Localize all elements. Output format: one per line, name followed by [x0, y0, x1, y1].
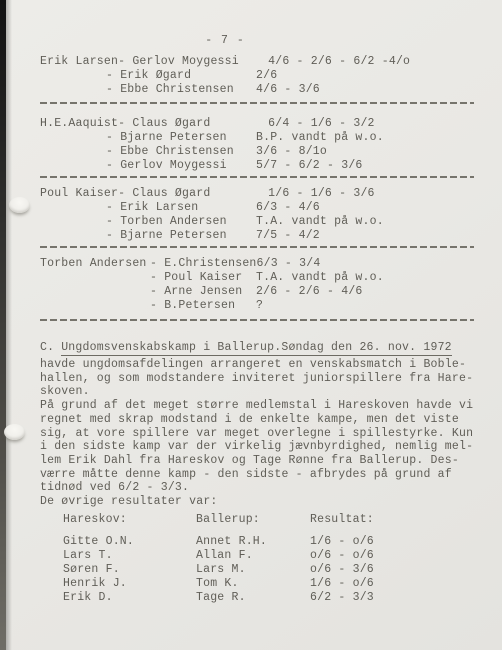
result-score: 1/6 - o/6: [310, 577, 474, 591]
column-header-resultat: Resultat:: [310, 513, 474, 527]
match-row: Poul Kaiser T.A. vandt på w.o.: [40, 271, 474, 285]
match-row: Bjarne Petersen B.P. vandt på w.o.: [40, 131, 474, 145]
match-row: Poul Kaiser Claus Øgard 1/6 - 1/6 - 3/6: [40, 187, 474, 201]
dashed-divider: [40, 176, 474, 178]
player-name-spacer: [40, 131, 106, 145]
section-heading: C.Ungdomsvenskabskamp i Ballerup.Søndag …: [40, 341, 474, 355]
match-row: Arne Jensen 2/6 - 2/6 - 4/6: [40, 285, 474, 299]
opponent-name: Arne Jensen: [150, 285, 256, 299]
opponent-name: Erik Øgard: [106, 69, 256, 83]
match-score: 2/6: [256, 69, 474, 83]
ballerup-player: Tage R.: [196, 591, 310, 605]
opponent-name: Bjarne Petersen: [106, 131, 256, 145]
opponent-name: Gerlov Moygessi: [106, 159, 256, 173]
match-row: B.Petersen ?: [40, 299, 474, 313]
table-row: Erik D. Tage R. 6/2 - 3/3: [63, 591, 474, 605]
results-table: Hareskov: Ballerup: Resultat: Gitte O.N.…: [40, 513, 474, 605]
match-row: Ebbe Christensen 4/6 - 3/6: [40, 83, 474, 97]
match-score: 6/4 - 1/6 - 3/2: [268, 117, 474, 131]
result-score: o/6 - 3/6: [310, 563, 474, 577]
match-row: H.E.Aaquist Claus Øgard 6/4 - 1/6 - 3/2: [40, 117, 474, 131]
dashed-divider: [40, 319, 474, 321]
player-name-spacer: [40, 145, 106, 159]
results-table-header: Hareskov: Ballerup: Resultat:: [63, 513, 474, 527]
ballerup-player: Tom K.: [196, 577, 310, 591]
hareskov-player: Lars T.: [63, 549, 196, 563]
hareskov-player: Søren F.: [63, 563, 196, 577]
opponent-name: Claus Øgard: [118, 117, 268, 131]
column-header-hareskov: Hareskov:: [63, 513, 196, 527]
ballerup-player: Lars M.: [196, 563, 310, 577]
match-score: 5/7 - 6/2 - 3/6: [256, 159, 474, 173]
match-score: 4/6 - 2/6 - 6/2 -4/o: [268, 55, 474, 69]
player-name-spacer: [40, 299, 150, 313]
opponent-name: Gerlov Moygessi: [118, 55, 268, 69]
scanned-document-page: - 7 - Erik Larsen Gerlov Moygessi 4/6 - …: [0, 0, 502, 650]
scan-edge-shadow: [6, 0, 12, 650]
player-name: Erik Larsen: [40, 55, 118, 69]
opponent-name: Bjarne Petersen: [106, 229, 256, 243]
player-name: H.E.Aaquist: [40, 117, 118, 131]
hareskov-player: Henrik J.: [63, 577, 196, 591]
opponent-name: Torben Andersen: [106, 215, 256, 229]
hareskov-player: Gitte O.N.: [63, 535, 196, 549]
opponent-name: B.Petersen: [150, 299, 256, 313]
column-header-ballerup: Ballerup:: [196, 513, 310, 527]
match-row: Gerlov Moygessi 5/7 - 6/2 - 3/6: [40, 159, 474, 173]
player-name-spacer: [40, 215, 106, 229]
hole-punch: [9, 197, 30, 213]
match-score: ?: [256, 299, 474, 313]
opponent-name: E.Christensen: [150, 257, 257, 271]
match-score: B.P. vandt på w.o.: [256, 131, 474, 145]
player-name-spacer: [40, 271, 150, 285]
hole-punch: [4, 424, 25, 440]
paragraph-intro: havde ungdomsafdelingen arrangeret en ve…: [40, 358, 474, 399]
match-score: 1/6 - 1/6 - 3/6: [268, 187, 474, 201]
player-name-spacer: [40, 201, 106, 215]
result-score: 1/6 - o/6: [310, 535, 474, 549]
match-score: T.A. vandt på w.o.: [256, 271, 474, 285]
opponent-name: Poul Kaiser: [150, 271, 256, 285]
match-score: 6/3 - 3/4: [257, 257, 474, 271]
hareskov-player: Erik D.: [63, 591, 196, 605]
dashed-divider: [40, 246, 474, 248]
match-row: Erik Larsen Gerlov Moygessi 4/6 - 2/6 - …: [40, 55, 474, 69]
opponent-name: Ebbe Christensen: [106, 145, 256, 159]
opponent-name: Ebbe Christensen: [106, 83, 256, 97]
match-score: 6/3 - 4/6: [256, 201, 474, 215]
player-name: Torben Andersen: [40, 257, 150, 271]
results-intro: De øvrige resultater var:: [40, 495, 474, 509]
match-block-erik-larsen: Erik Larsen Gerlov Moygessi 4/6 - 2/6 - …: [40, 55, 474, 97]
dashed-divider: [40, 102, 474, 104]
player-name-spacer: [40, 229, 106, 243]
match-block-aaquist: H.E.Aaquist Claus Øgard 6/4 - 1/6 - 3/2 …: [40, 117, 474, 173]
match-score: 4/6 - 3/6: [256, 83, 474, 97]
match-row: Erik Øgard 2/6: [40, 69, 474, 83]
ballerup-player: Annet R.H.: [196, 535, 310, 549]
opponent-name: Erik Larsen: [106, 201, 256, 215]
table-row: Gitte O.N. Annet R.H. 1/6 - o/6: [63, 535, 474, 549]
player-name-spacer: [40, 83, 106, 97]
table-row: Lars T. Allan F. o/6 - o/6: [63, 549, 474, 563]
match-block-poul-kaiser: Poul Kaiser Claus Øgard 1/6 - 1/6 - 3/6 …: [40, 187, 474, 243]
match-row: Torben Andersen T.A. vandt på w.o.: [40, 215, 474, 229]
opponent-name: Claus Øgard: [118, 187, 268, 201]
ballerup-player: Allan F.: [196, 549, 310, 563]
player-name-spacer: [40, 159, 106, 173]
result-score: 6/2 - 3/3: [310, 591, 474, 605]
match-score: 3/6 - 8/1o: [256, 145, 474, 159]
table-row: Henrik J. Tom K. 1/6 - o/6: [63, 577, 474, 591]
match-block-torben-andersen: Torben Andersen E.Christensen 6/3 - 3/4 …: [40, 257, 474, 313]
match-score: T.A. vandt på w.o.: [256, 215, 474, 229]
page-content: - 7 - Erik Larsen Gerlov Moygessi 4/6 - …: [40, 34, 474, 605]
page-number: - 7 -: [40, 34, 410, 48]
player-name: Poul Kaiser: [40, 187, 118, 201]
match-row: Ebbe Christensen 3/6 - 8/1o: [40, 145, 474, 159]
match-score: 7/5 - 4/2: [256, 229, 474, 243]
player-name-spacer: [40, 69, 106, 83]
match-row: Erik Larsen 6/3 - 4/6: [40, 201, 474, 215]
paragraph-body: På grund af det meget større medlemstal …: [40, 399, 474, 495]
player-name-spacer: [40, 285, 150, 299]
table-row: Søren F. Lars M. o/6 - 3/6: [63, 563, 474, 577]
section-title: Ungdomsvenskabskamp i Ballerup.Søndag de…: [61, 341, 452, 356]
result-score: o/6 - o/6: [310, 549, 474, 563]
section-letter: C.: [40, 341, 54, 354]
match-row: Bjarne Petersen 7/5 - 4/2: [40, 229, 474, 243]
match-score: 2/6 - 2/6 - 4/6: [256, 285, 474, 299]
match-row: Torben Andersen E.Christensen 6/3 - 3/4: [40, 257, 474, 271]
